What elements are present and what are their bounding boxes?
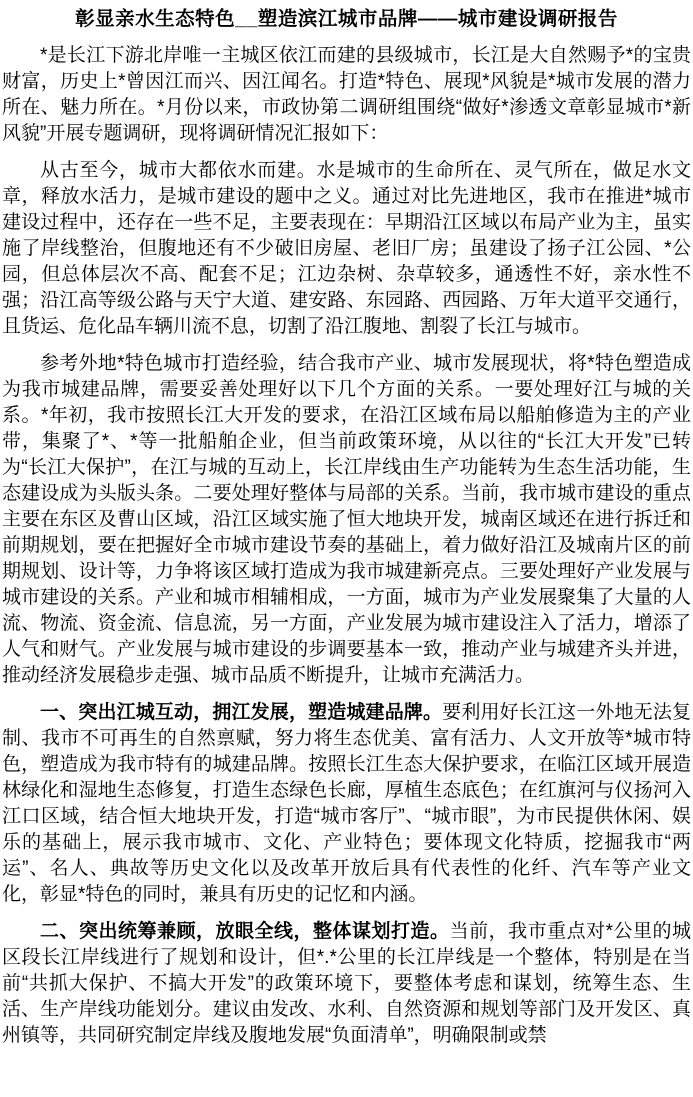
- paragraph-text: 从古至今，城市大都依水而建。水是城市的生命所在、灵气所在，做足水文章，释放水活力…: [2, 160, 691, 337]
- paragraph: 二、突出统筹兼顾，放眼全线，整体谋划打造。当前，我市重点对*公里的城区段长江岸线…: [2, 919, 691, 1049]
- paragraph-text: *是长江下游北岸唯一主城区依江而建的县级城市，长江是大自然赐予*的宝贵财富，历史…: [2, 45, 691, 144]
- document-title: 彰显亲水生态特色__塑造滨江城市品牌——城市建设调研报告: [2, 6, 691, 32]
- paragraph-lead: 二、突出统筹兼顾，放眼全线，整体谋划打造。: [40, 921, 450, 942]
- paragraph: 参考外地*特色城市打造经验，结合我市产业、城市发展现状，将*特色塑造成为我市城建…: [2, 351, 691, 689]
- document-page: 彰显亲水生态特色__塑造滨江城市品牌——城市建设调研报告 *是长江下游北岸唯一主…: [0, 0, 693, 1097]
- paragraph-text: 要利用好长江这一外地无法复制、我市不可再生的自然禀赋，努力将生态优美、富有活力、…: [2, 702, 691, 905]
- paragraph-text: 参考外地*特色城市打造经验，结合我市产业、城市发展现状，将*特色塑造成为我市城建…: [2, 353, 691, 686]
- paragraph: 从古至今，城市大都依水而建。水是城市的生命所在、灵气所在，做足水文章，释放水活力…: [2, 158, 691, 340]
- paragraph: *是长江下游北岸唯一主城区依江而建的县级城市，长江是大自然赐予*的宝贵财富，历史…: [2, 43, 691, 147]
- document-body: *是长江下游北岸唯一主城区依江而建的县级城市，长江是大自然赐予*的宝贵财富，历史…: [2, 43, 691, 1049]
- paragraph: 一、突出江城互动，拥江发展，塑造城建品牌。要利用好长江这一外地无法复制、我市不可…: [2, 700, 691, 908]
- paragraph-lead: 一、突出江城互动，拥江发展，塑造城建品牌。: [40, 702, 442, 723]
